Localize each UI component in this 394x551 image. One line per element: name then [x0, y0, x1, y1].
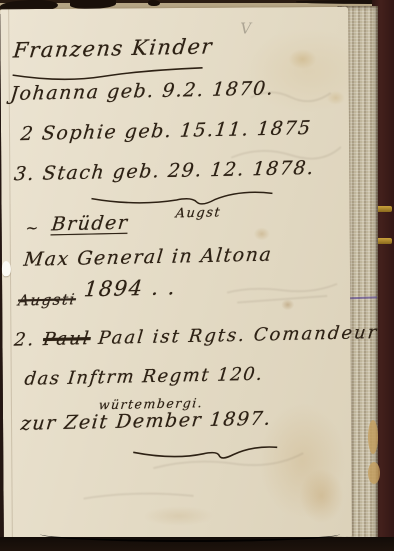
- date-flourish: [131, 439, 281, 460]
- title-underline-flourish: [11, 60, 206, 81]
- struck-word: Paul: [42, 328, 92, 350]
- year-line: 1894 . .: [83, 275, 178, 301]
- brass-clasp: [376, 238, 392, 244]
- notebook-photo: V Franzens Kinder Johanna geb. 9.2. 1870…: [0, 0, 394, 551]
- notebook-page: V Franzens Kinder Johanna geb. 9.2. 1870…: [0, 7, 352, 539]
- title-line: Franzens Kinder: [12, 34, 214, 62]
- paul-number: 2.: [13, 329, 36, 350]
- heading-tick: ~: [25, 219, 41, 237]
- struck-word: Augsti: [17, 290, 77, 309]
- stain-on-edge: [368, 462, 380, 484]
- brothers-heading: Brüder: [50, 212, 129, 236]
- inserted-word: Augst: [175, 205, 222, 221]
- brass-clasp: [376, 206, 392, 212]
- cover-fragment: [148, 0, 160, 6]
- stain-on-edge: [368, 420, 378, 454]
- line3-flourish: [89, 187, 274, 206]
